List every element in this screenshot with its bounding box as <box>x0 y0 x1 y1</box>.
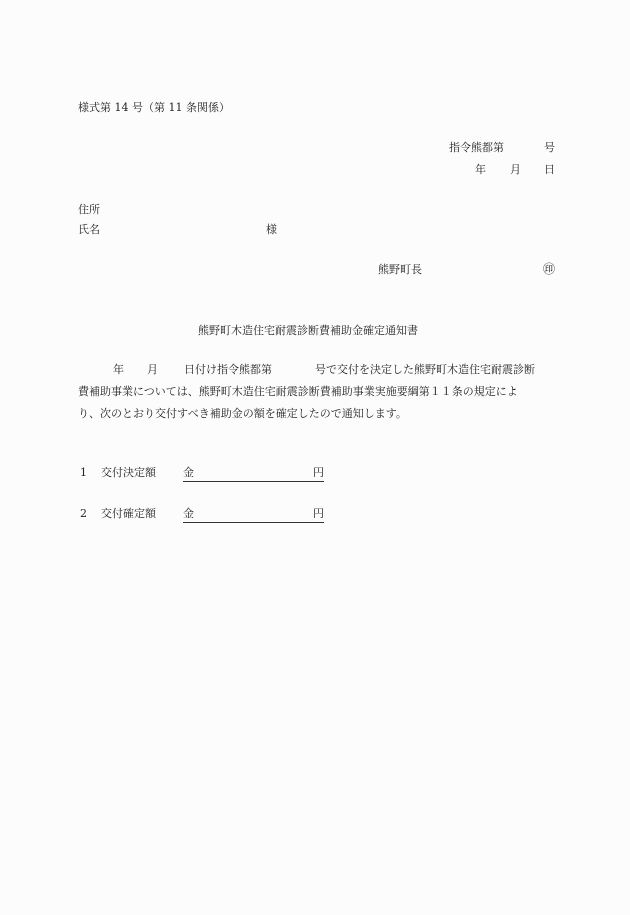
address-label: 住所 <box>78 203 100 217</box>
date-month: 月 <box>510 163 521 177</box>
body-year: 年 <box>113 363 124 377</box>
reference-suffix: 号 <box>544 141 555 155</box>
reference-prefix: 指令熊都第 <box>449 141 504 155</box>
body-line-2: 費補助事業については、熊野町木造住宅耐震診断費補助事業実施要綱第１１条の規定によ <box>78 385 518 399</box>
body-text-b: 号で交付を決定した熊野町木造住宅耐震診断 <box>315 363 535 377</box>
honorific: 様 <box>266 223 277 237</box>
form-id: 様式第 14 号（第 11 条関係） <box>78 101 230 115</box>
item-label: 交付確定額 <box>101 507 156 521</box>
body-text-a: 日付け指令熊都第 <box>184 363 272 377</box>
issuer-title: 熊野町長 <box>378 263 422 277</box>
name-label: 氏名 <box>78 223 100 237</box>
item-number: 1 <box>80 466 87 480</box>
amount-prefix: 金 <box>183 466 194 480</box>
amount-field: 金 円 <box>183 507 324 527</box>
date-day: 日 <box>544 163 555 177</box>
document-title: 熊野町木造住宅耐震診断費補助金確定通知書 <box>198 324 418 338</box>
body-month: 月 <box>147 363 158 377</box>
amount-suffix: 円 <box>313 507 324 521</box>
amount-prefix: 金 <box>183 507 194 521</box>
seal-icon: ㊞ <box>543 262 555 276</box>
date-year: 年 <box>475 163 486 177</box>
item-number: 2 <box>80 507 87 521</box>
body-line-3: り、次のとおり交付すべき補助金の額を確定したので通知します。 <box>78 407 407 421</box>
amount-suffix: 円 <box>313 466 324 480</box>
amount-field: 金 円 <box>183 466 324 486</box>
item-label: 交付決定額 <box>101 466 156 480</box>
